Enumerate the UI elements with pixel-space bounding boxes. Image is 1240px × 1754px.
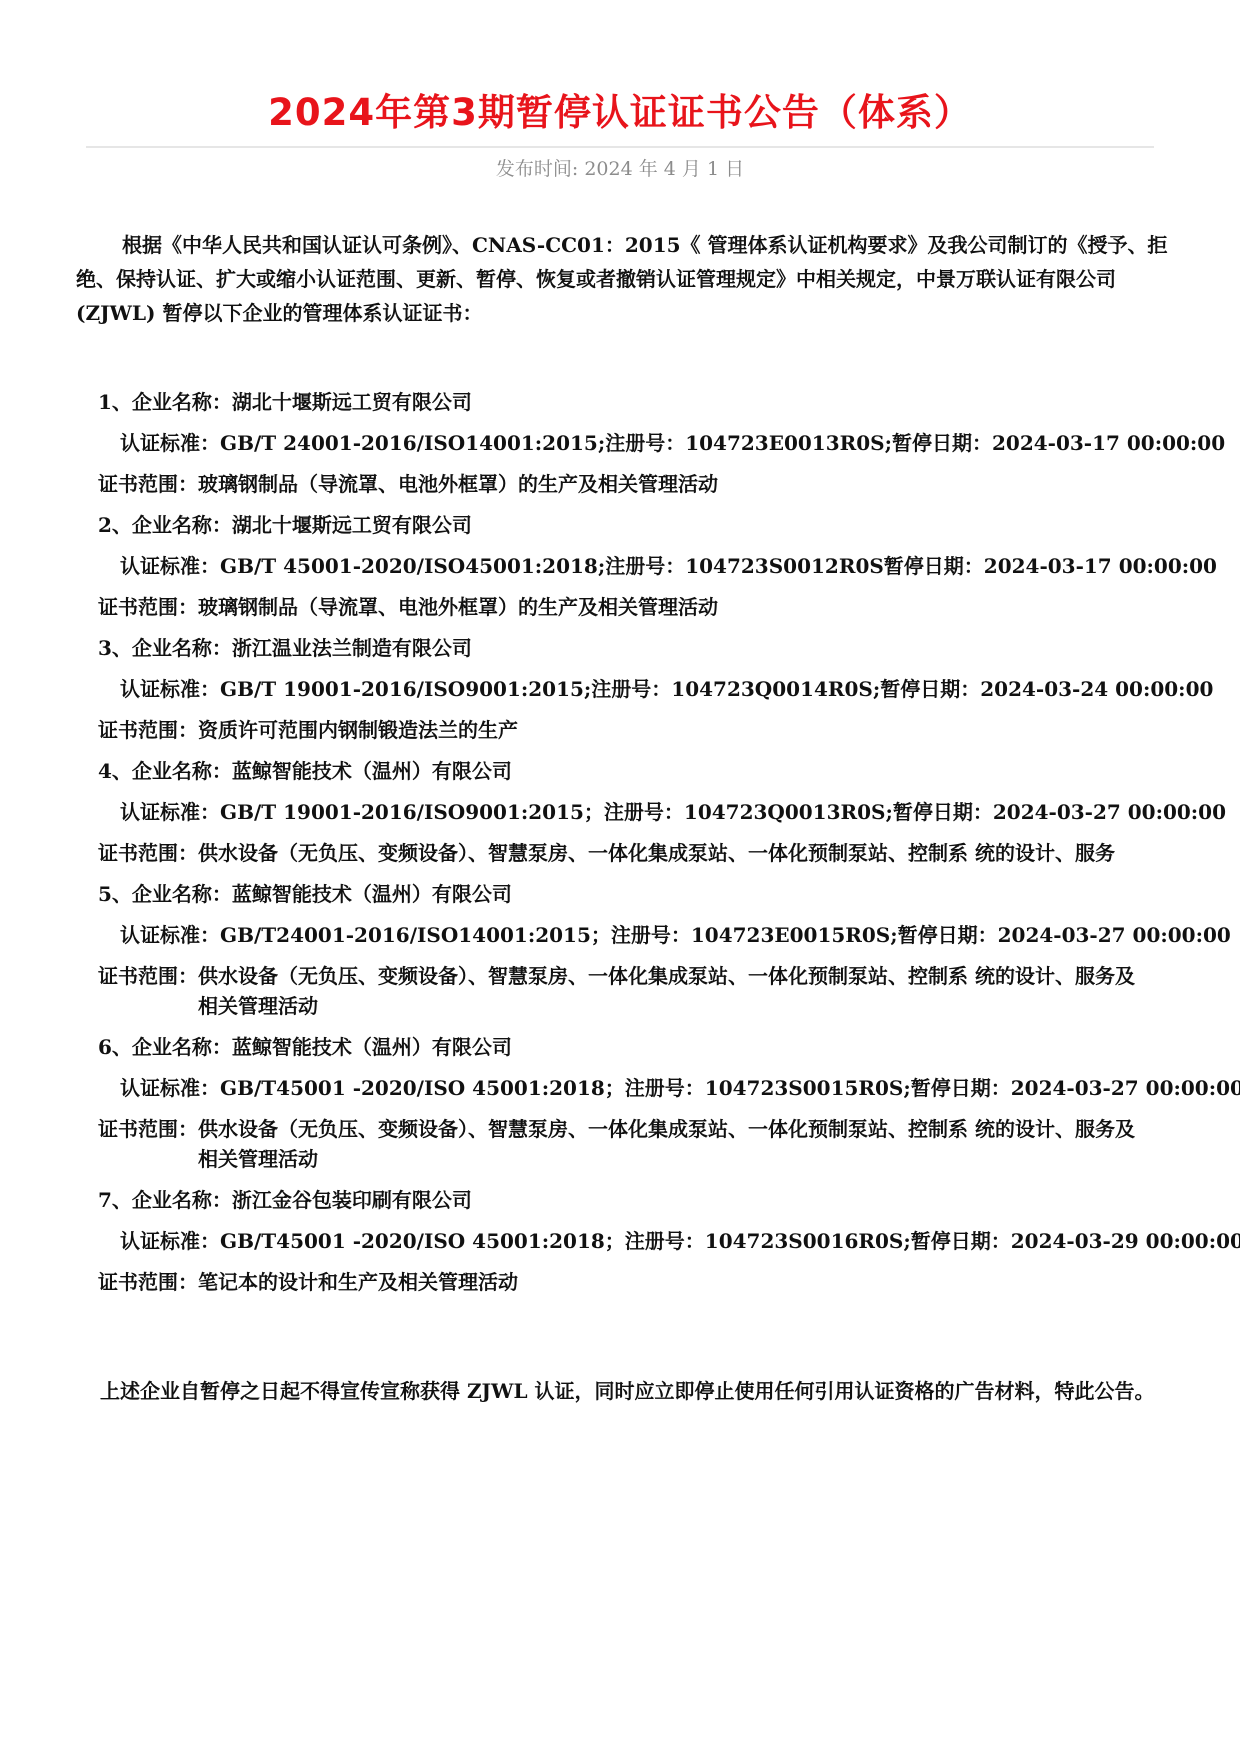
certificate-entry-3: 3、企业名称：浙江温业法兰制造有限公司 认证标准：GB/T 19001-2016… (0, 628, 1240, 745)
standard-line: 认证标准：GB/T 45001-2020/ISO45001:2018;注册号：1… (0, 546, 1240, 587)
scope-label: 证书范围： (98, 838, 198, 868)
closing-paragraph: 上述企业自暂停之日起不得宣传宣称获得 ZJWL 认证，同时应立即停止使用任何引用… (76, 1374, 1186, 1408)
standard-line: 认证标准：GB/T 19001-2016/ISO9001:2015;注册号：10… (0, 669, 1240, 710)
scope-text: 供水设备（无负压、变频设备）、智慧泵房、一体化集成泵站、一体化预制泵站、控制系 … (198, 1114, 1143, 1174)
scope-line: 证书范围： 玻璃钢制品（导流罩、电池外框罩）的生产及相关管理活动 (0, 592, 1240, 622)
scope-label: 证书范围： (98, 715, 198, 745)
scope-line: 证书范围： 供水设备（无负压、变频设备）、智慧泵房、一体化集成泵站、一体化预制泵… (0, 961, 1240, 1021)
scope-line: 证书范围： 供水设备（无负压、变频设备）、智慧泵房、一体化集成泵站、一体化预制泵… (0, 1114, 1240, 1174)
company-name-line: 2、企业名称：湖北十堰斯远工贸有限公司 (0, 505, 1240, 546)
certificate-entry-1: 1、企业名称：湖北十堰斯远工贸有限公司 认证标准：GB/T 24001-2016… (0, 382, 1240, 499)
scope-label: 证书范围： (98, 469, 198, 499)
scope-line: 证书范围： 资质许可范围内钢制锻造法兰的生产 (0, 715, 1240, 745)
suspended-certificate-list: 1、企业名称：湖北十堰斯远工贸有限公司 认证标准：GB/T 24001-2016… (0, 382, 1240, 1303)
announcement-page: 2024年第3期暂停认证证书公告（体系） 发布时间: 2024 年 4 月 1 … (0, 0, 1240, 1754)
certificate-entry-6: 6、企业名称：蓝鲸智能技术（温州）有限公司 认证标准：GB/T45001 -20… (0, 1027, 1240, 1174)
scope-label: 证书范围： (98, 1267, 198, 1297)
certificate-entry-5: 5、企业名称：蓝鲸智能技术（温州）有限公司 认证标准：GB/T24001-201… (0, 874, 1240, 1021)
scope-text: 玻璃钢制品（导流罩、电池外框罩）的生产及相关管理活动 (198, 592, 1143, 622)
company-name-line: 3、企业名称：浙江温业法兰制造有限公司 (0, 628, 1240, 669)
company-name-line: 7、企业名称：浙江金谷包装印刷有限公司 (0, 1180, 1240, 1221)
scope-text: 玻璃钢制品（导流罩、电池外框罩）的生产及相关管理活动 (198, 469, 1143, 499)
scope-label: 证书范围： (98, 1114, 198, 1174)
company-name-line: 6、企业名称：蓝鲸智能技术（温州）有限公司 (0, 1027, 1240, 1068)
scope-text: 供水设备（无负压、变频设备）、智慧泵房、一体化集成泵站、一体化预制泵站、控制系 … (198, 961, 1143, 1021)
scope-text: 资质许可范围内钢制锻造法兰的生产 (198, 715, 1143, 745)
scope-line: 证书范围： 笔记本的设计和生产及相关管理活动 (0, 1267, 1240, 1297)
standard-line: 认证标准：GB/T 19001-2016/ISO9001:2015；注册号：10… (0, 792, 1240, 833)
scope-text: 供水设备（无负压、变频设备）、智慧泵房、一体化集成泵站、一体化预制泵站、控制系 … (198, 838, 1143, 868)
standard-line: 认证标准：GB/T 24001-2016/ISO14001:2015;注册号：1… (0, 423, 1240, 464)
certificate-entry-4: 4、企业名称：蓝鲸智能技术（温州）有限公司 认证标准：GB/T 19001-20… (0, 751, 1240, 868)
scope-line: 证书范围： 供水设备（无负压、变频设备）、智慧泵房、一体化集成泵站、一体化预制泵… (0, 838, 1240, 868)
scope-line: 证书范围： 玻璃钢制品（导流罩、电池外框罩）的生产及相关管理活动 (0, 469, 1240, 499)
publish-date: 发布时间: 2024 年 4 月 1 日 (0, 154, 1240, 181)
scope-label: 证书范围： (98, 961, 198, 1021)
scope-text: 笔记本的设计和生产及相关管理活动 (198, 1267, 1143, 1297)
scope-label: 证书范围： (98, 592, 198, 622)
page-title: 2024年第3期暂停认证证书公告（体系） (0, 82, 1240, 136)
company-name-line: 5、企业名称：蓝鲸智能技术（温州）有限公司 (0, 874, 1240, 915)
certificate-entry-2: 2、企业名称：湖北十堰斯远工贸有限公司 认证标准：GB/T 45001-2020… (0, 505, 1240, 622)
company-name-line: 1、企业名称：湖北十堰斯远工贸有限公司 (0, 382, 1240, 423)
standard-line: 认证标准：GB/T45001 -2020/ISO 45001:2018；注册号：… (0, 1221, 1240, 1262)
certificate-entry-7: 7、企业名称：浙江金谷包装印刷有限公司 认证标准：GB/T45001 -2020… (0, 1180, 1240, 1297)
standard-line: 认证标准：GB/T24001-2016/ISO14001:2015；注册号：10… (0, 915, 1240, 956)
intro-paragraph: 根据《中华人民共和国认证认可条例》、CNAS-CC01：2015《 管理体系认证… (76, 228, 1176, 330)
standard-line: 认证标准：GB/T45001 -2020/ISO 45001:2018；注册号：… (0, 1068, 1240, 1109)
company-name-line: 4、企业名称：蓝鲸智能技术（温州）有限公司 (0, 751, 1240, 792)
title-divider (86, 146, 1154, 148)
